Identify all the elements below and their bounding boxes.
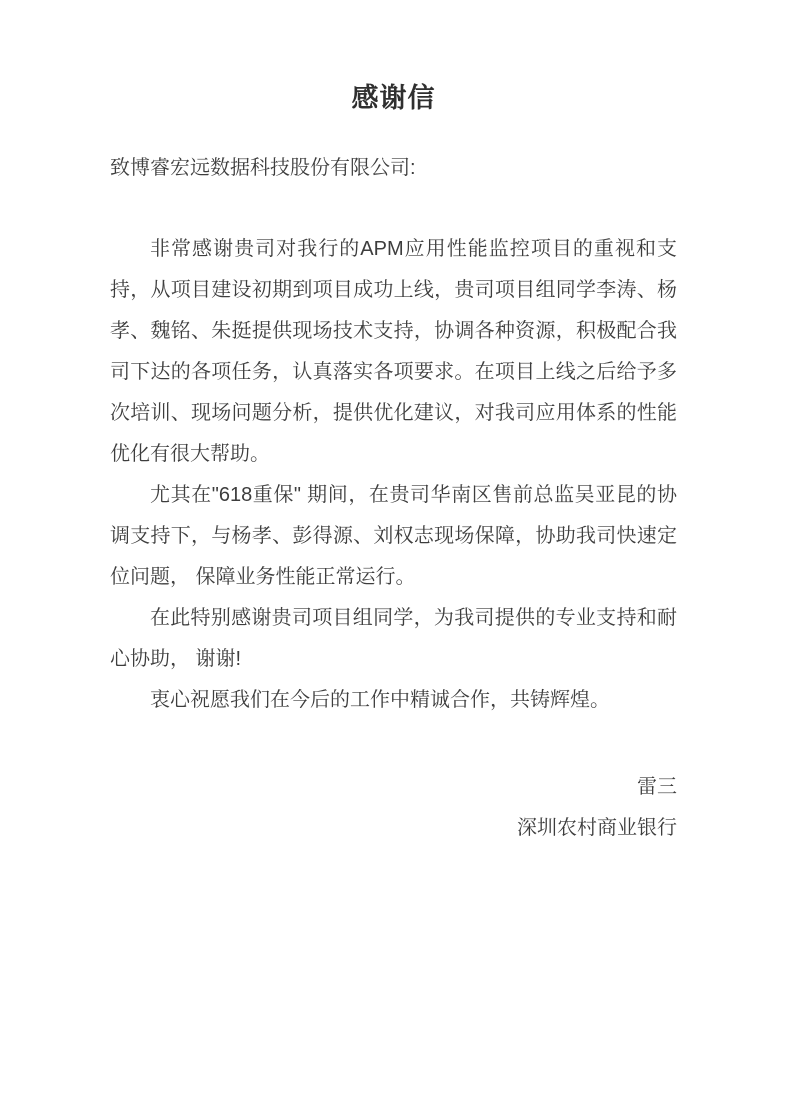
paragraph-special-thanks: 在此特别感谢贵司项目组同学，为我司提供的专业支持和耐心协助， 谢谢!: [110, 598, 677, 680]
paragraph-closing-wish: 衷心祝愿我们在今后的工作中精诚合作，共铸辉煌。: [110, 680, 677, 721]
paragraph-project-thanks: 非常感谢贵司对我行的APM应用性能监控项目的重视和支持，从项目建设初期到项目成功…: [110, 229, 677, 475]
letter-page: 感谢信 致博睿宏远数据科技股份有限公司: 非常感谢贵司对我行的APM应用性能监控…: [0, 0, 786, 1112]
signature-name: 雷三: [110, 767, 677, 808]
letter-body: 非常感谢贵司对我行的APM应用性能监控项目的重视和支持，从项目建设初期到项目成功…: [110, 229, 677, 721]
letter-title: 感谢信: [110, 76, 677, 115]
signature-block: 雷三 深圳农村商业银行: [110, 767, 677, 849]
salutation: 致博睿宏远数据科技股份有限公司:: [110, 148, 677, 189]
paragraph-618-support: 尤其在"618重保" 期间，在贵司华南区售前总监吴亚昆的协调支持下，与杨孝、彭得…: [110, 475, 677, 598]
signature-organization: 深圳农村商业银行: [110, 808, 677, 849]
